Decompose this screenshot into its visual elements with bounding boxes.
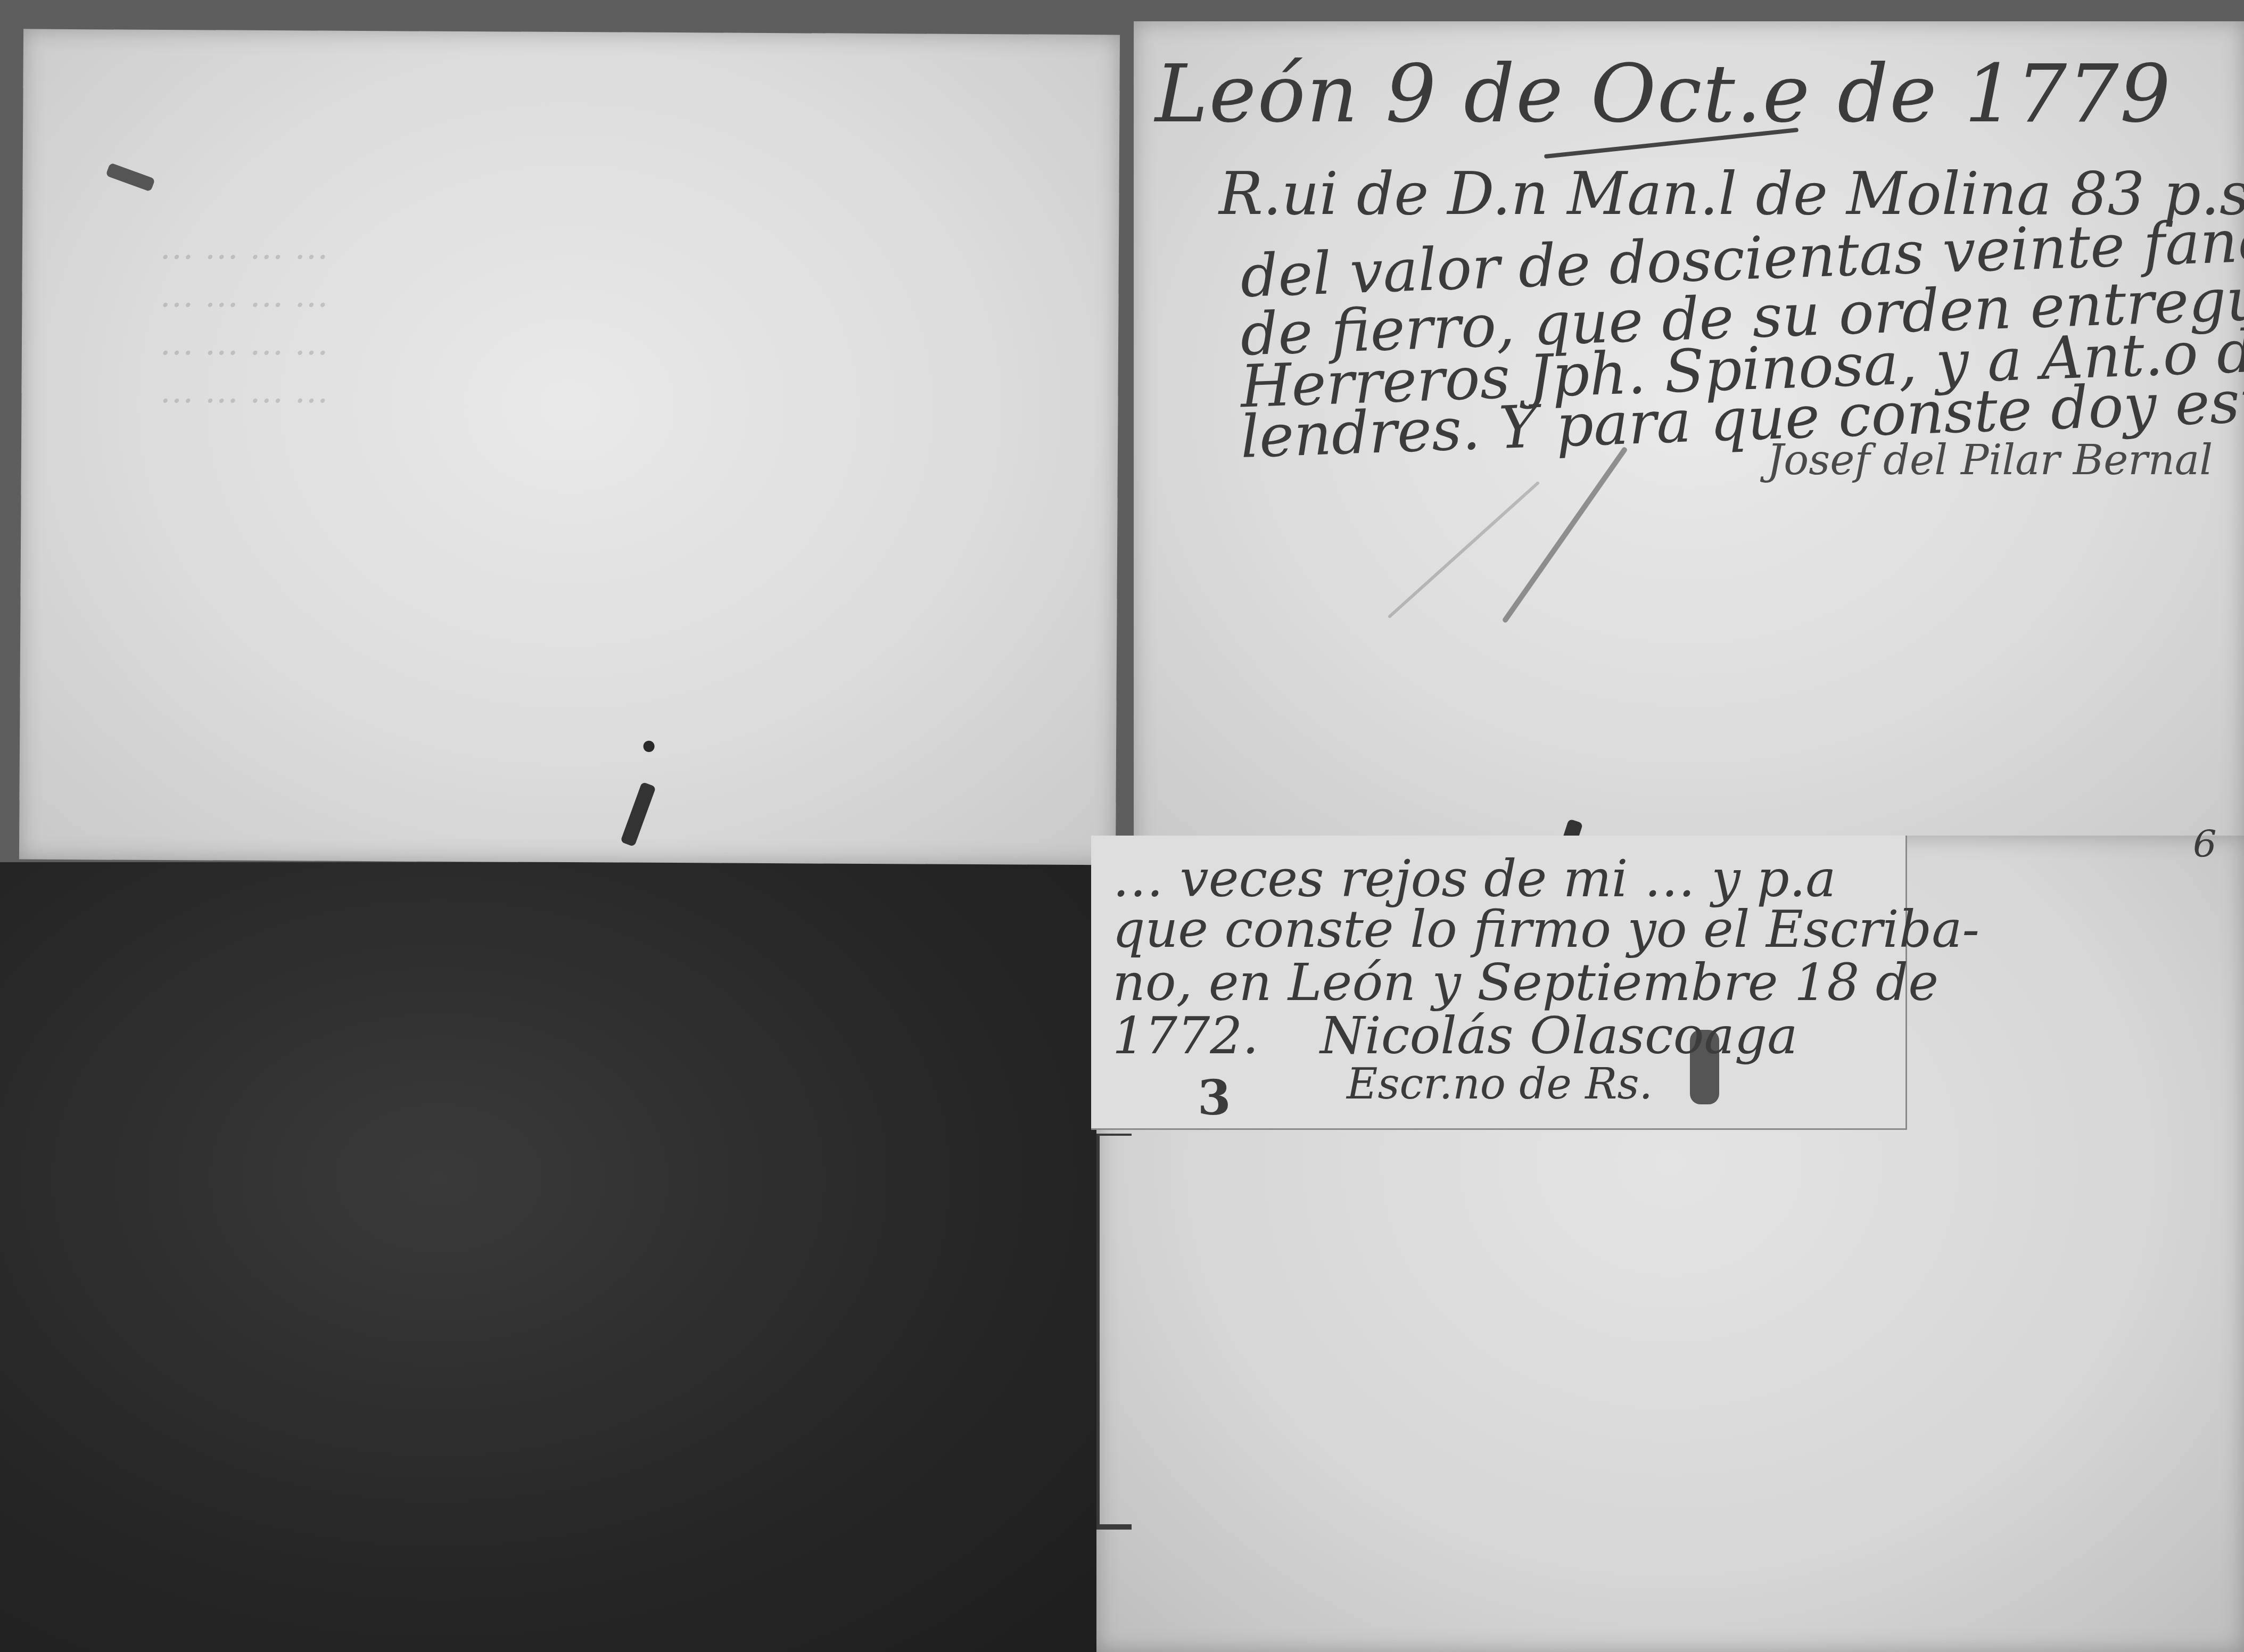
scan-background-dark xyxy=(0,862,1096,1652)
margin-number: 3 xyxy=(1198,1070,1231,1126)
slip-line-3: no, en León y Septiembre 18 de xyxy=(1112,953,1938,1012)
slip-line-4: 1772. xyxy=(1112,1006,1259,1065)
rubric-flourish xyxy=(1690,1030,1719,1104)
left-page xyxy=(19,29,1120,865)
document-heading: León 9 de Oct.e de 1779 xyxy=(1155,48,2172,141)
slip-signature-title: Escr.no de Rs. xyxy=(1347,1059,1653,1109)
edge-number: 6 xyxy=(2193,822,2217,866)
left-page-mark: • xyxy=(639,729,659,766)
slip-signature-name: Nicolás Olascoaga xyxy=(1320,1006,1797,1065)
left-page-bleedthrough-text: … … … … … … … … … … … … … … … … xyxy=(160,224,328,415)
margin-bracket xyxy=(1096,1134,1132,1530)
slip-line-2: que conste lo firmo yo el Escriba- xyxy=(1112,899,1979,959)
signature-bernal: Josef del Pilar Bernal xyxy=(1767,436,2213,484)
